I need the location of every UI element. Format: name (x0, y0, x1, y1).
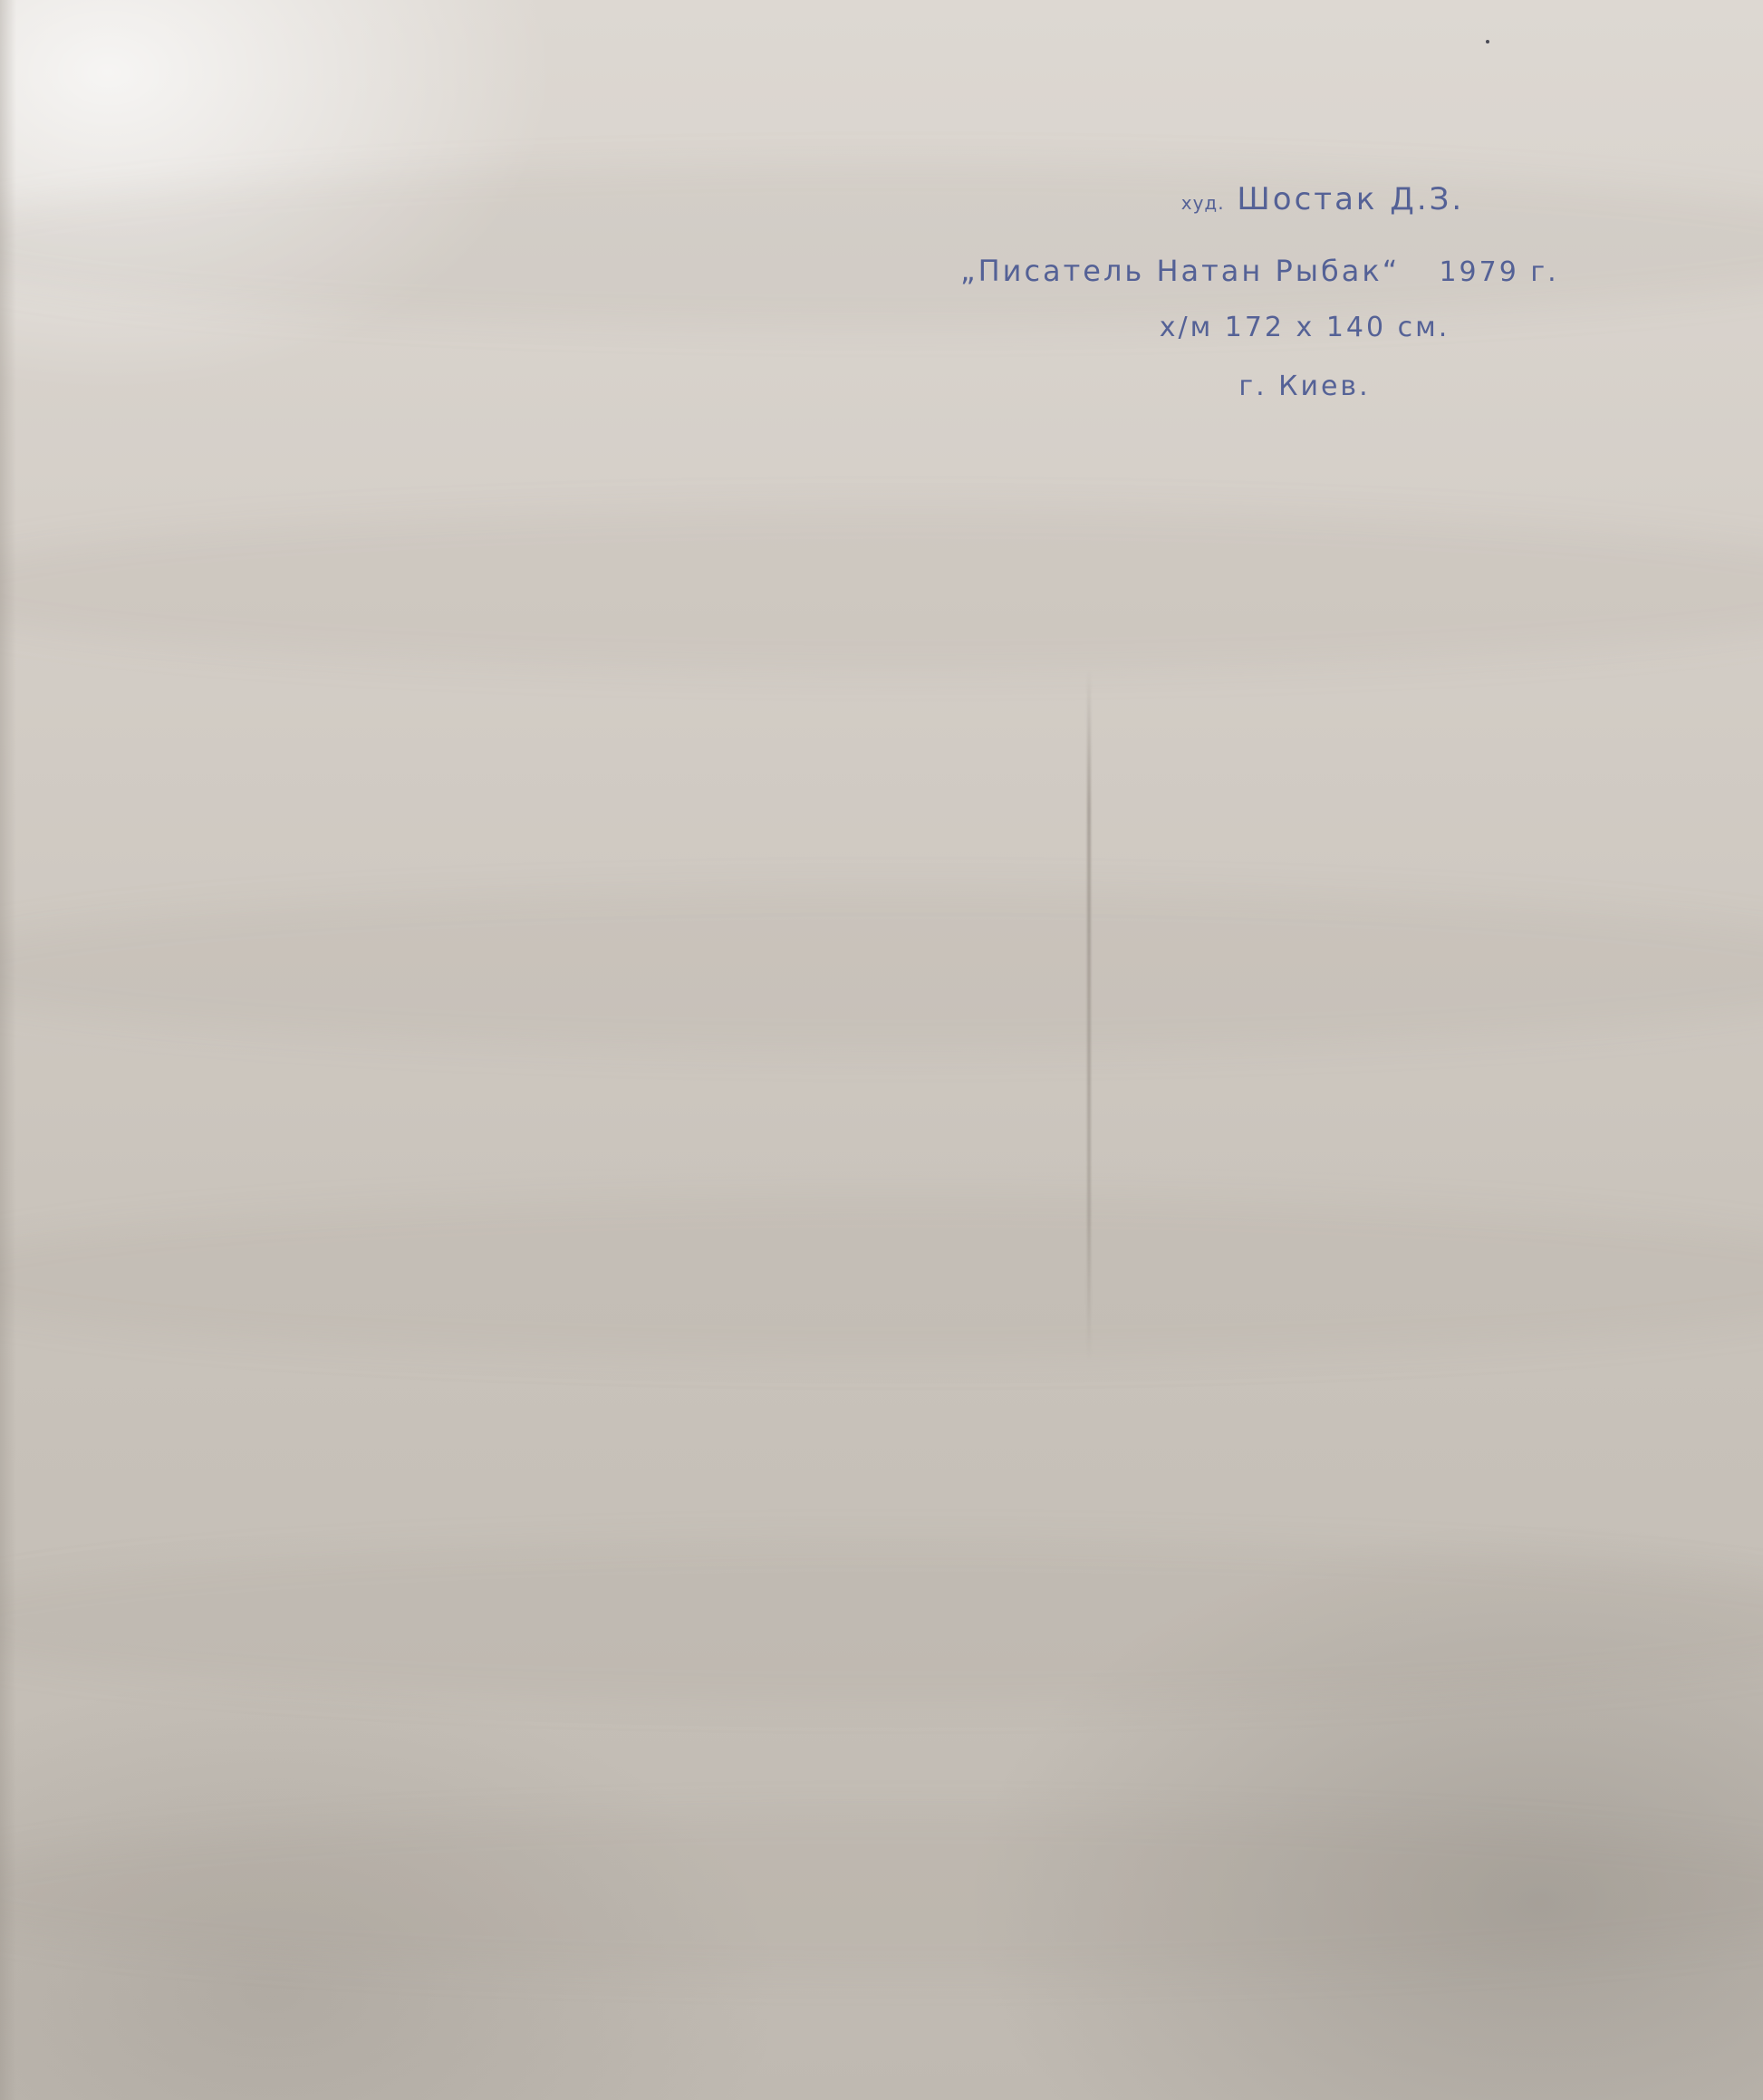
canvas-wrinkle (0, 1812, 1763, 1975)
artist-line: худ. Шостак Д.З. (997, 181, 1649, 217)
artist-name: Шостак Д.З. (1237, 181, 1464, 217)
canvas-back: худ. Шостак Д.З. „Писатель Натан Рыбак“ … (0, 0, 1763, 2100)
title-line: „Писатель Натан Рыбак“ 1979 г. (960, 254, 1649, 288)
canvas-wrinkle (0, 507, 1763, 670)
canvas-wrinkle (0, 1540, 1763, 1703)
medium-line: х/м 172 x 140 см. (960, 312, 1649, 343)
city: г. Киев. (1238, 371, 1370, 402)
dimensions: 172 x 140 см. (1225, 312, 1450, 343)
canvas-edge (0, 0, 16, 2100)
city-line: г. Киев. (960, 371, 1649, 402)
canvas-wrinkle (0, 888, 1763, 1051)
artist-prefix: худ. (1181, 192, 1225, 214)
canvas-wrinkle (0, 1196, 1763, 1359)
handwritten-inscription: худ. Шостак Д.З. „Писатель Натан Рыбак“ … (960, 181, 1649, 402)
painting-year: 1979 г. (1439, 256, 1558, 288)
painting-title: „Писатель Натан Рыбак“ (960, 254, 1400, 288)
canvas-seam (1087, 670, 1091, 1359)
canvas-speck (1486, 40, 1489, 43)
medium: х/м (1160, 312, 1214, 343)
